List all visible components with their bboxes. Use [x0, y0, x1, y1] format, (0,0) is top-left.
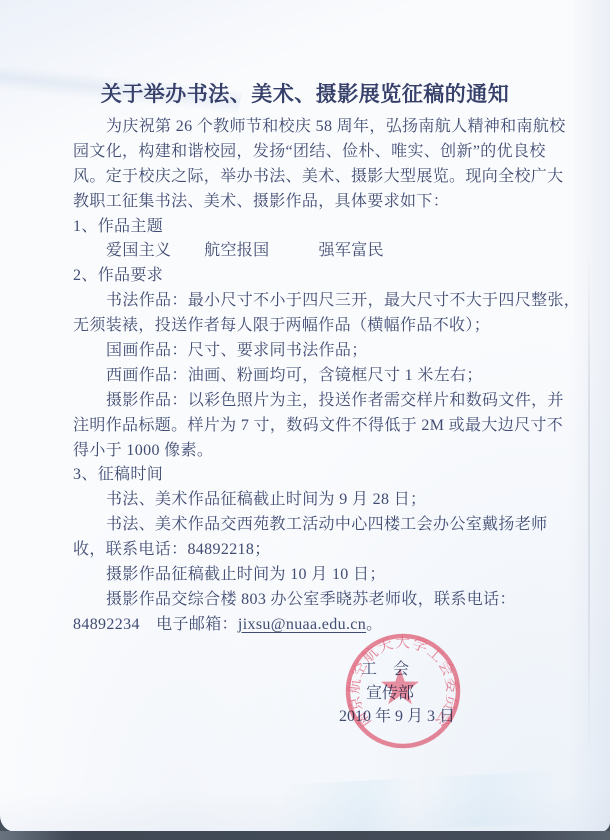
body-line: 得小于 1000 像素。: [73, 439, 563, 464]
body-line: 书法、美术作品征稿截止时间为 9 月 28 日；: [73, 488, 563, 513]
scan-edge-artifact: [588, 250, 590, 760]
body-line: 摄影作品：以彩色照片为主，投送作者需交样片和数码文件，并: [73, 389, 563, 414]
contact-prefix: 84892234 电子邮箱：: [73, 616, 238, 633]
body-line: 书法、美术作品交西苑教工活动中心四楼工会办公室戴扬老师: [73, 513, 563, 538]
themes-line: 爱国主义 航空报国 强军富民: [73, 239, 563, 264]
notice-title: 关于举办书法、美术、摄影展览征稿的通知: [0, 78, 610, 108]
body-line: 收，联系电话：84892218；: [73, 538, 563, 563]
notice-body: 为庆祝第 26 个教师节和校庆 58 周年，弘扬南航人精神和南航校 园文化，构建…: [73, 115, 563, 638]
body-line: 注明作品标题。样片为 7 寸，数码文件不得低于 2M 或最大边尺寸不: [73, 414, 563, 439]
official-seal-stamp: 南京航空航天大学工会委员会: [338, 626, 468, 756]
section-2-heading: 2、作品要求: [73, 264, 563, 289]
body-line: 风。定于校庆之际，举办书法、美术、摄影大型展览。现向全校广大: [73, 165, 563, 190]
scanner-bed-edge: [0, 831, 610, 840]
body-line: 教职工征集书法、美术、摄影作品，具体要求如下：: [73, 190, 563, 215]
body-line: 西画作品：油画、粉画均可，含镜框尺寸 1 米左右；: [73, 364, 563, 389]
contact-line: 84892234 电子邮箱：jixsu@nuaa.edu.cn。: [73, 613, 563, 638]
body-line: 无须装裱，投送作者每人限于两幅作品（横幅作品不收）；: [73, 314, 563, 339]
section-3-heading: 3、征稿时间: [73, 463, 563, 488]
body-line: 园文化，构建和谐校园，发扬“团结、俭朴、唯实、创新”的优良校: [73, 140, 563, 165]
body-line: 摄影作品征稿截止时间为 10 月 10 日；: [73, 563, 563, 588]
scan-smudge-artifact: [249, 769, 581, 838]
seal-star-icon: [381, 668, 419, 704]
body-line: 摄影作品交综合楼 803 办公室季晓苏老师收，联系电话：: [73, 588, 563, 613]
body-line: 为庆祝第 26 个教师节和校庆 58 周年，弘扬南航人精神和南航校: [73, 115, 563, 140]
section-1-heading: 1、作品主题: [73, 215, 563, 240]
scanned-notice-page: { "doc": { "title": "关于举办书法、美术、摄影展览征稿的通知…: [0, 0, 610, 840]
body-line: 书法作品：最小尺寸不小于四尺三开，最大尺寸不大于四尺整张，: [73, 289, 563, 314]
paper-sheet: 关于举办书法、美术、摄影展览征稿的通知 为庆祝第 26 个教师节和校庆 58 周…: [0, 0, 610, 832]
body-line: 国画作品：尺寸、要求同书法作品；: [73, 339, 563, 364]
